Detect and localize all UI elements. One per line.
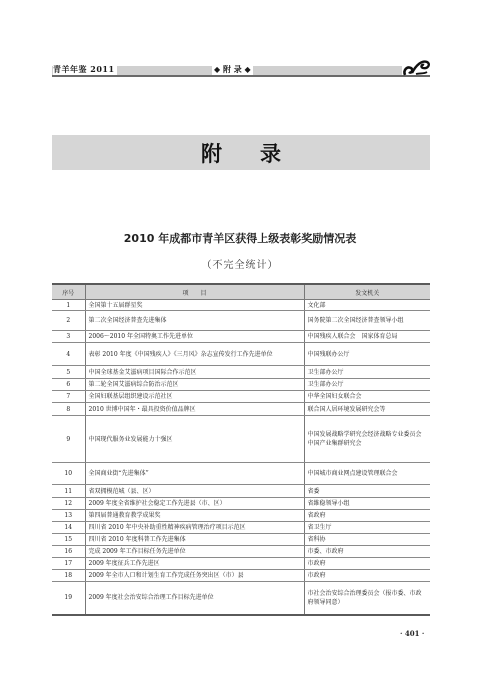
appendix-banner: 附录 bbox=[52, 135, 430, 170]
cell-seq: 2 bbox=[52, 311, 85, 331]
cell-seq: 16 bbox=[52, 546, 85, 558]
cell-org: 市政府 bbox=[304, 570, 430, 582]
table-row: 172009 年度征兵工作先进区市政府 bbox=[52, 558, 430, 570]
cell-org: 市政府 bbox=[304, 558, 430, 570]
cell-seq: 13 bbox=[52, 510, 85, 522]
table-row: 6第二轮全国艾滋病综合防治示范区卫生部办公厅 bbox=[52, 379, 430, 391]
cell-org: 省委 bbox=[304, 485, 430, 498]
table-row: 82010 世博中国年・最具投资价值品牌区联合国人居环境发展研究会等 bbox=[52, 403, 430, 416]
cell-item: 2010 世博中国年・最具投资价值品牌区 bbox=[85, 403, 304, 416]
cell-org: 卫生部办公厅 bbox=[304, 379, 430, 391]
cell-item: 第二次全国经济普查先进集体 bbox=[85, 311, 304, 331]
cell-item: 2009 年度征兵工作先进区 bbox=[85, 558, 304, 570]
cell-item: 中国全球基金艾滋病项目国际合作示范区 bbox=[85, 366, 304, 379]
cell-org: 省維稳领导小组 bbox=[304, 498, 430, 510]
table-row: 16完成 2009 年工作目标任务先进单位市委、市政府 bbox=[52, 546, 430, 558]
table-body: 1全国第十五届群星奖文化部2第二次全国经济普查先进集体国务院第二次全国经济普查领… bbox=[52, 300, 430, 615]
table-header-row: 序号 项 目 发文机关 bbox=[52, 284, 430, 300]
cell-seq: 4 bbox=[52, 343, 85, 366]
cell-seq: 10 bbox=[52, 463, 85, 485]
cell-org: 省卫生厅 bbox=[304, 522, 430, 534]
table-row: 11省双拥模范城（县、区）省委 bbox=[52, 485, 430, 498]
cell-seq: 1 bbox=[52, 300, 85, 311]
cell-item: 表彰 2010 年度《中国残疾人》《三月风》杂志宣传发行工作先进单位 bbox=[85, 343, 304, 366]
column-header-seq: 序号 bbox=[52, 284, 85, 300]
cell-item: 2009 年度社会治安综合治理工作目标先进单位 bbox=[85, 582, 304, 615]
cell-item: 四川省 2010 年中央补助重性精神疾病管理治疗项目示范区 bbox=[85, 522, 304, 534]
cell-org: 中国城市商业网点建设管理联合会 bbox=[304, 463, 430, 485]
cell-item: 全国商业街“先进集体” bbox=[85, 463, 304, 485]
table-row: 192009 年度社会治安综合治理工作目标先进单位市社会治安综合治理委员会（报市… bbox=[52, 582, 430, 615]
table-row: 5中国全球基金艾滋病项目国际合作示范区卫生部办公厅 bbox=[52, 366, 430, 379]
table-row: 14四川省 2010 年中央补助重性精神疾病管理治疗项目示范区省卫生厅 bbox=[52, 522, 430, 534]
cell-org: 中华全国妇女联合会 bbox=[304, 391, 430, 403]
table-row: 10全国商业街“先进集体”中国城市商业网点建设管理联合会 bbox=[52, 463, 430, 485]
cell-seq: 3 bbox=[52, 331, 85, 343]
book-title: 青羊年鉴 2011 bbox=[53, 64, 117, 75]
cell-seq: 14 bbox=[52, 522, 85, 534]
table-row: 32006～2010 年全国特奥工作先进单位中国残疾人联合会 国家体育总局 bbox=[52, 331, 430, 343]
cell-item: 2009 年全市人口和计划生育工作完成任务突出区（市）县 bbox=[85, 570, 304, 582]
cell-item: 第四届普通教育教学成果奖 bbox=[85, 510, 304, 522]
cell-seq: 19 bbox=[52, 582, 85, 615]
running-head-rule bbox=[52, 75, 430, 77]
cell-item: 第二轮全国艾滋病综合防治示范区 bbox=[85, 379, 304, 391]
document-subtitle: （不完全统计） bbox=[0, 256, 480, 271]
column-header-item: 项 目 bbox=[85, 284, 304, 300]
cell-seq: 15 bbox=[52, 534, 85, 546]
swirl-ornament-icon bbox=[402, 56, 432, 78]
cell-org: 联合国人居环境发展研究会等 bbox=[304, 403, 430, 416]
table-row: 7全国妇联基层组织建设示范社区中华全国妇女联合会 bbox=[52, 391, 430, 403]
cell-seq: 8 bbox=[52, 403, 85, 416]
awards-table: 序号 项 目 发文机关 1全国第十五届群星奖文化部2第二次全国经济普查先进集体国… bbox=[52, 283, 430, 616]
cell-seq: 12 bbox=[52, 498, 85, 510]
banner-title: 附录 bbox=[163, 138, 319, 168]
cell-item: 2009 年度全省维护社会稳定工作先进县（市、区） bbox=[85, 498, 304, 510]
cell-seq: 5 bbox=[52, 366, 85, 379]
table-row: 9中国现代服务业发展能力十强区中国发展战略学研究会经济战略专业委员会 中国产业集… bbox=[52, 416, 430, 463]
page-number: · 401 · bbox=[400, 629, 424, 638]
table-row: 15四川省 2010 年度科普工作先进集体省科协 bbox=[52, 534, 430, 546]
cell-item: 完成 2009 年工作目标任务先进单位 bbox=[85, 546, 304, 558]
column-header-org: 发文机关 bbox=[304, 284, 430, 300]
cell-item: 中国现代服务业发展能力十强区 bbox=[85, 416, 304, 463]
cell-org: 省科协 bbox=[304, 534, 430, 546]
cell-org: 中国残疾人联合会 国家体育总局 bbox=[304, 331, 430, 343]
cell-org: 国务院第二次全国经济普查领导小组 bbox=[304, 311, 430, 331]
cell-seq: 11 bbox=[52, 485, 85, 498]
cell-seq: 9 bbox=[52, 416, 85, 463]
cell-org: 中国残联办公厅 bbox=[304, 343, 430, 366]
table-row: 1全国第十五届群星奖文化部 bbox=[52, 300, 430, 311]
cell-seq: 17 bbox=[52, 558, 85, 570]
cell-item: 全国第十五届群星奖 bbox=[85, 300, 304, 311]
cell-seq: 7 bbox=[52, 391, 85, 403]
cell-item: 四川省 2010 年度科普工作先进集体 bbox=[85, 534, 304, 546]
table-row: 4表彰 2010 年度《中国残疾人》《三月风》杂志宣传发行工作先进单位中国残联办… bbox=[52, 343, 430, 366]
cell-org: 卫生部办公厅 bbox=[304, 366, 430, 379]
document-title: 2010 年成都市青羊区获得上级表彰奖励情况表 bbox=[0, 230, 480, 246]
table-row: 122009 年度全省维护社会稳定工作先进县（市、区）省維稳领导小组 bbox=[52, 498, 430, 510]
cell-seq: 18 bbox=[52, 570, 85, 582]
cell-item: 2006～2010 年全国特奥工作先进单位 bbox=[85, 331, 304, 343]
cell-org: 市委、市政府 bbox=[304, 546, 430, 558]
cell-seq: 6 bbox=[52, 379, 85, 391]
table-row: 2第二次全国经济普查先进集体国务院第二次全国经济普查领导小组 bbox=[52, 311, 430, 331]
cell-org: 省政府 bbox=[304, 510, 430, 522]
table-row: 13第四届普通教育教学成果奖省政府 bbox=[52, 510, 430, 522]
cell-item: 省双拥模范城（县、区） bbox=[85, 485, 304, 498]
table-row: 182009 年全市人口和计划生育工作完成任务突出区（市）县市政府 bbox=[52, 570, 430, 582]
cell-org: 中国发展战略学研究会经济战略专业委员会 中国产业集群研究会 bbox=[304, 416, 430, 463]
cell-item: 全国妇联基层组织建设示范社区 bbox=[85, 391, 304, 403]
cell-org: 文化部 bbox=[304, 300, 430, 311]
cell-org: 市社会治安综合治理委员会（报市委、市政府领导同意） bbox=[304, 582, 430, 615]
section-mark: ◆ 附 录 ◆ bbox=[212, 63, 253, 75]
